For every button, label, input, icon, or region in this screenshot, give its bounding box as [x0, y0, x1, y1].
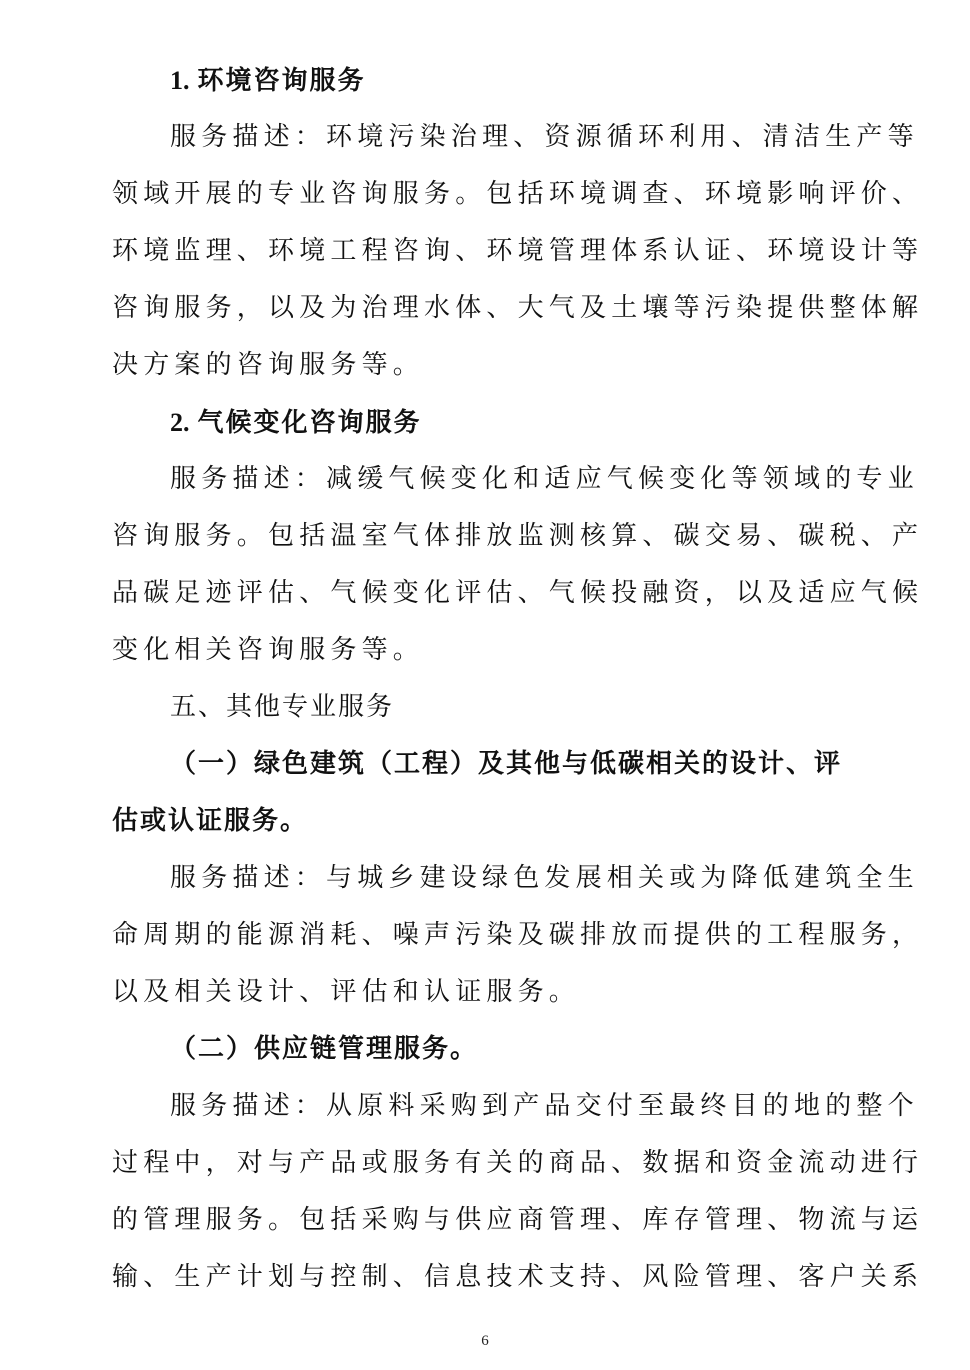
page-number: 6 — [0, 1333, 970, 1350]
section-heading-environment-consulting: 1.环境咨询服务 — [112, 52, 862, 109]
paragraph-green-building: 服务描述：与城乡建设绿色发展相关或为降低建筑全生 命周期的能源消耗、噪声污染及碳… — [112, 850, 862, 1021]
paragraph-line: 品碳足迹评估、气候变化评估、气候投融资，以及适应气候 — [112, 565, 862, 622]
paragraph-supply-chain: 服务描述：从原料采购到产品交付至最终目的地的整个 过程中，对与产品或服务有关的商… — [112, 1078, 862, 1306]
paragraph-line: 服务描述：环境污染治理、资源循环利用、清洁生产等 — [112, 109, 862, 166]
paragraph-line: 输、生产计划与控制、信息技术支持、风险管理、客户关系 — [112, 1249, 862, 1306]
paragraph-line: 的管理服务。包括采购与供应商管理、库存管理、物流与运 — [112, 1192, 862, 1249]
paragraph-line: 服务描述：从原料采购到产品交付至最终目的地的整个 — [112, 1078, 862, 1135]
paragraph-line: 过程中，对与产品或服务有关的商品、数据和资金流动进行 — [112, 1135, 862, 1192]
heading-line: 估或认证服务。 — [112, 793, 862, 850]
paragraph-line: 咨询服务。包括温室气体排放监测核算、碳交易、碳税、产 — [112, 508, 862, 565]
paragraph-line: 命周期的能源消耗、噪声污染及碳排放而提供的工程服务， — [112, 907, 862, 964]
heading-number: 1. — [170, 66, 190, 95]
heading-title: 气候变化咨询服务 — [198, 408, 422, 438]
chapter-heading-other-services: 五、其他专业服务 — [112, 679, 862, 736]
paragraph-line: 变化相关咨询服务等。 — [112, 622, 862, 679]
paragraph-line: 领域开展的专业咨询服务。包括环境调查、环境影响评价、 — [112, 166, 862, 223]
paragraph-line: 咨询服务，以及为治理水体、大气及土壤等污染提供整体解 — [112, 280, 862, 337]
subsection-heading-supply-chain: （二）供应链管理服务。 — [112, 1021, 862, 1078]
paragraph-environment-consulting: 服务描述：环境污染治理、资源循环利用、清洁生产等 领域开展的专业咨询服务。包括环… — [112, 109, 862, 394]
paragraph-line: 以及相关设计、评估和认证服务。 — [112, 964, 862, 1021]
paragraph-line: 环境监理、环境工程咨询、环境管理体系认证、环境设计等 — [112, 223, 862, 280]
paragraph-line: 服务描述：减缓气候变化和适应气候变化等领域的专业 — [112, 451, 862, 508]
section-heading-climate-consulting: 2.气候变化咨询服务 — [112, 394, 862, 451]
paragraph-line: 服务描述：与城乡建设绿色发展相关或为降低建筑全生 — [112, 850, 862, 907]
heading-line: （一）绿色建筑（工程）及其他与低碳相关的设计、评 — [112, 736, 862, 793]
paragraph-climate-consulting: 服务描述：减缓气候变化和适应气候变化等领域的专业 咨询服务。包括温室气体排放监测… — [112, 451, 862, 679]
heading-title: 环境咨询服务 — [198, 66, 366, 96]
heading-number: 2. — [170, 408, 190, 437]
subsection-heading-green-building: （一）绿色建筑（工程）及其他与低碳相关的设计、评 估或认证服务。 — [112, 736, 862, 850]
document-page: 1.环境咨询服务 服务描述：环境污染治理、资源循环利用、清洁生产等 领域开展的专… — [112, 52, 862, 1306]
paragraph-line: 决方案的咨询服务等。 — [112, 337, 862, 394]
